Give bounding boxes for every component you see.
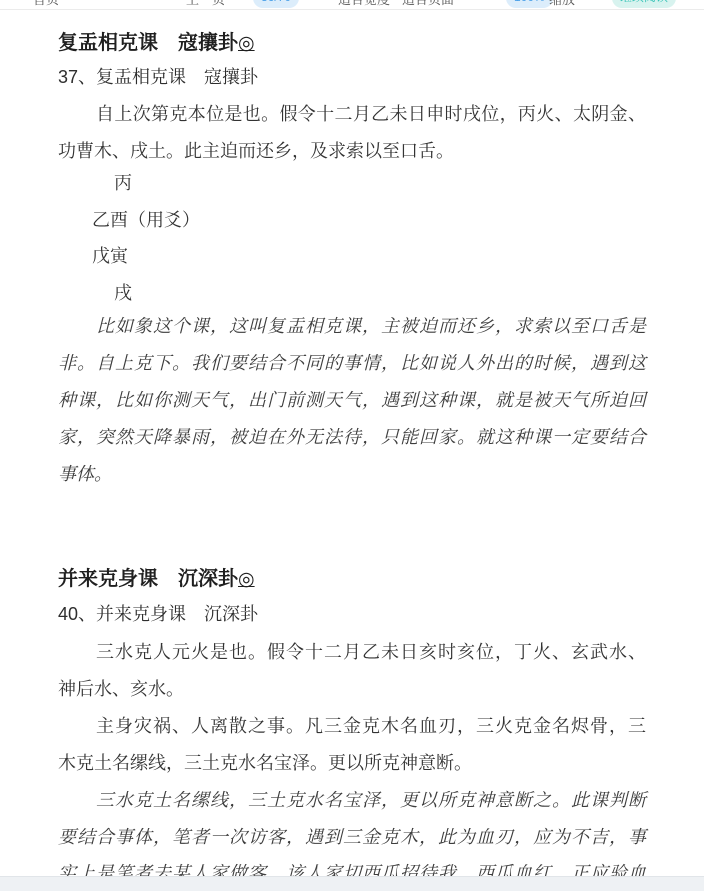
page-number-badge[interactable]: 36/70	[253, 0, 299, 8]
toolbar-item-zoom[interactable]: 缩放	[549, 0, 575, 8]
paragraph-line: 主身灾祸、人离散之事。凡三金克木名血刃，三火克金名烬骨，三	[58, 713, 646, 739]
toolbar-item-fit-width[interactable]: 适合宽度	[338, 0, 390, 8]
toolbar-item-fit-page[interactable]: 适合页面	[402, 0, 454, 8]
item-line-40: 40、并来克身课 沉深卦	[58, 601, 646, 627]
toolbar-item-prev-page[interactable]: 上一页	[186, 0, 225, 8]
toolbar-item-home[interactable]: 首页	[33, 0, 59, 8]
section-heading-fuyu: 复盂相克课 寇攘卦◎	[58, 30, 646, 57]
paragraph-line: 功曹木、戌土。此主迫而还乡，及求索以至口舌。	[58, 138, 646, 164]
item-line-37: 37、复盂相克课 寇攘卦	[58, 64, 646, 90]
commentary-line: 种课，比如你测天气，出门前测天气，遇到这种课，就是被天气所迫回	[58, 387, 646, 413]
heading-text: 复盂相克课 寇攘卦	[58, 32, 238, 54]
viewer-bottom-strip	[0, 876, 704, 891]
paragraph-line: 神后水、亥水。	[58, 676, 646, 702]
course-diagram-line: 乙酉（用爻）	[92, 207, 680, 233]
continue-reading-button[interactable]: 继续阅读	[612, 0, 676, 8]
annotation-marker-icon[interactable]: ◎	[238, 569, 255, 590]
commentary-line: 实上是笔者去某人家做客，该人家切西瓜招待我，西瓜血红，正应验血	[58, 860, 646, 877]
commentary-line: 事体。	[58, 461, 646, 487]
viewer-toolbar: 首页 上一页 36/70 适合宽度 适合页面 100% 缩放 继续阅读	[0, 0, 704, 10]
commentary-line: 比如象这个课，这叫复盂相克课，主被迫而还乡，求索以至口舌是	[58, 313, 646, 339]
course-diagram-line: 戌	[114, 280, 702, 306]
paragraph-line: 木克土名缧线，三土克水名宝泽。更以所克神意断。	[58, 750, 646, 776]
annotation-marker-icon[interactable]: ◎	[238, 33, 255, 54]
commentary-line: 三水克土名缧线，三土克水名宝泽，更以所克神意断之。此课判断	[58, 787, 646, 813]
zoom-level-badge[interactable]: 100%	[506, 0, 553, 8]
course-diagram-line: 丙	[114, 170, 702, 196]
heading-text: 并来克身课 沉深卦	[58, 568, 238, 590]
commentary-line: 家，突然天降暴雨，被迫在外无法待，只能回家。就这种课一定要结合	[58, 424, 646, 450]
course-diagram-line: 戊寅	[92, 243, 680, 269]
paragraph-line: 自上次第克本位是也。假令十二月乙未日申时戌位，丙火、太阴金、	[58, 101, 646, 127]
document-page: 复盂相克课 寇攘卦◎ 37、复盂相克课 寇攘卦 自上次第克本位是也。假令十二月乙…	[0, 10, 704, 877]
commentary-line: 要结合事体，笔者一次访客，遇到三金克木，此为血刃，应为不吉，事	[58, 824, 646, 850]
section-heading-binglai: 并来克身课 沉深卦◎	[58, 566, 646, 593]
paragraph-line: 三水克人元火是也。假令十二月乙未日亥时亥位，丁火、玄武水、	[58, 639, 646, 665]
commentary-line: 非。自上克下。我们要结合不同的事情，比如说人外出的时候，遇到这	[58, 350, 646, 376]
